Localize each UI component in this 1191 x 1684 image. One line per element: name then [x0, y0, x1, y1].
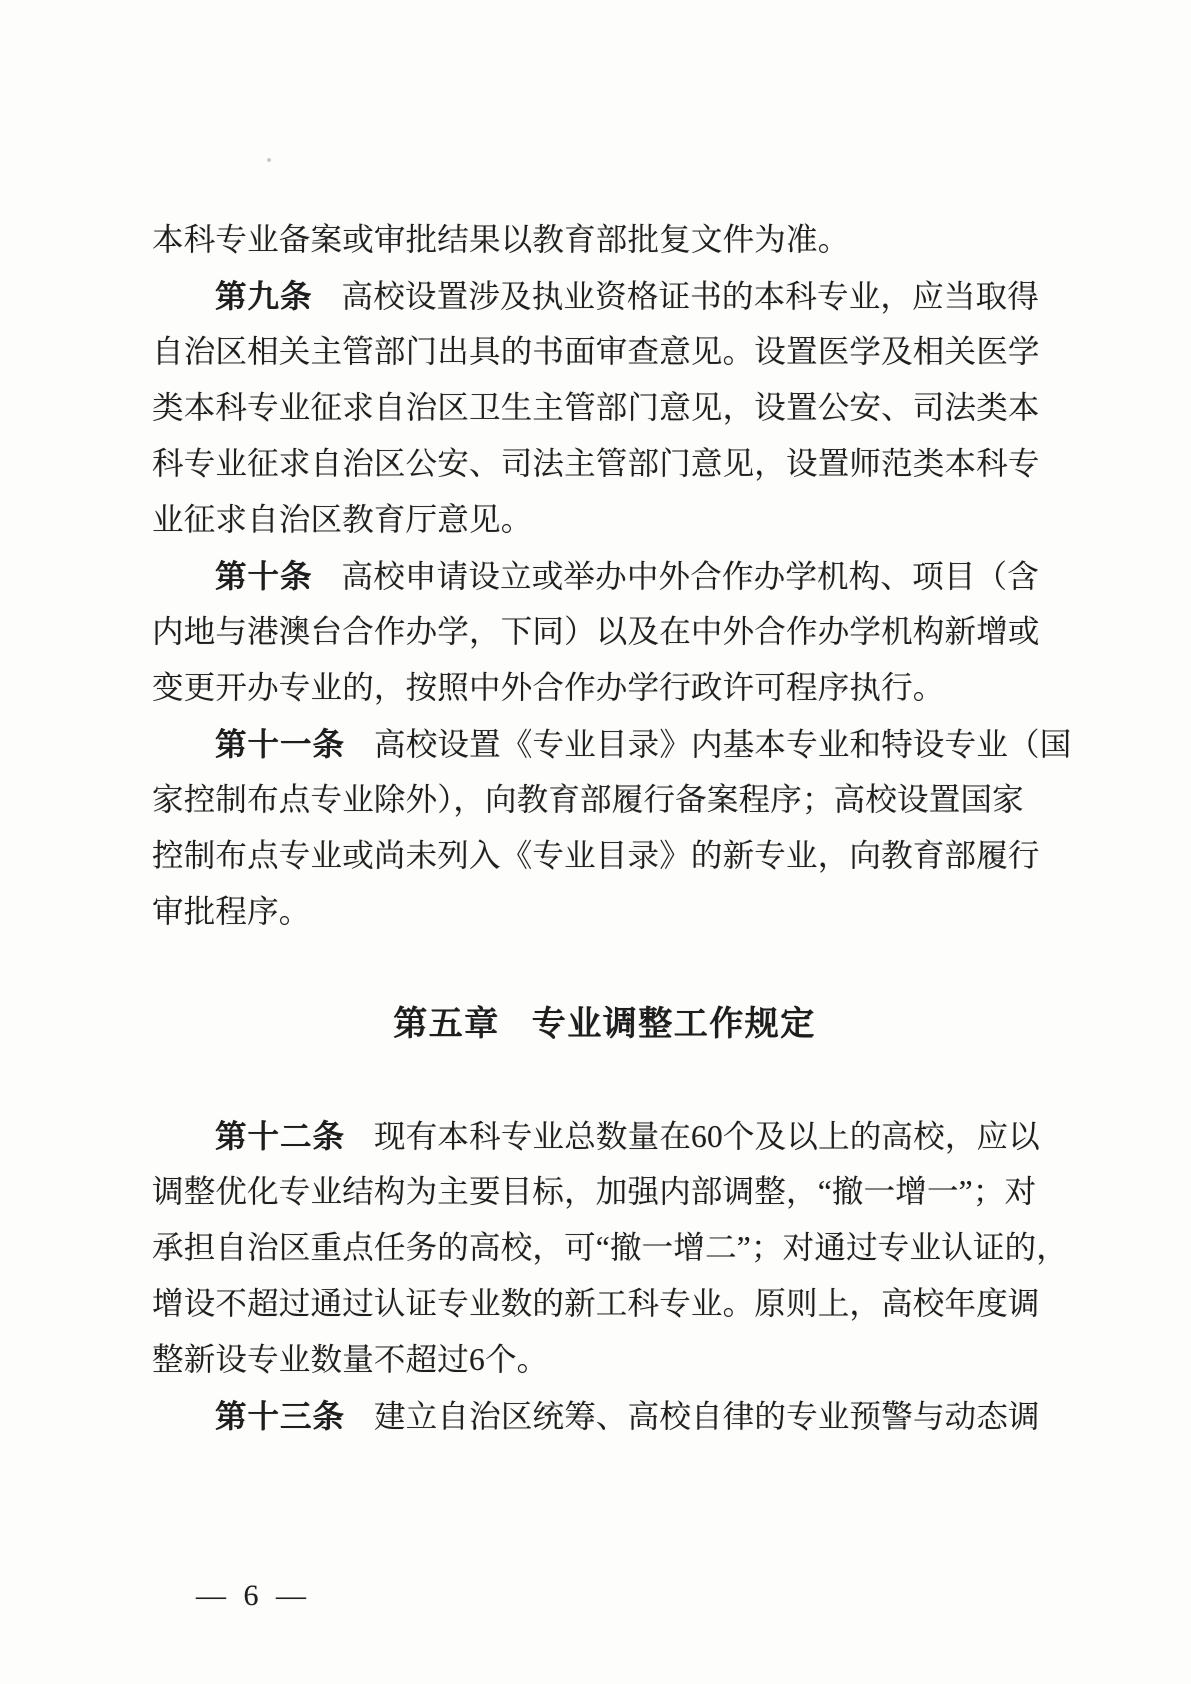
text-line: 内地与港澳台合作办学，下同）以及在中外合作办学机构新增或 — [152, 604, 1057, 660]
line-text: 变更开办专业的，按照中外合作办学行政许可程序执行。 — [152, 670, 945, 705]
article-number-label: 第十条 — [215, 558, 313, 594]
text-line: 自治区相关主管部门出具的书面审查意见。设置医学及相关医学 — [152, 324, 1057, 380]
paragraph-block-bottom: 第十二条现有本科专业总数量在60个及以上的高校，应以调整优化专业结构为主要目标，… — [152, 1108, 1057, 1444]
text-line: 科专业征求自治区公安、司法主管部门意见，设置师范类本科专 — [152, 436, 1057, 492]
line-text: 内地与港澳台合作办学，下同）以及在中外合作办学机构新增或 — [152, 614, 1040, 649]
line-text: 科专业征求自治区公安、司法主管部门意见，设置师范类本科专 — [152, 446, 1040, 481]
line-text: 自治区相关主管部门出具的书面审查意见。设置医学及相关医学 — [152, 334, 1040, 369]
text-line: 业征求自治区教育厅意见。 — [152, 492, 1057, 548]
text-line: 审批程序。 — [152, 884, 1057, 940]
line-text: 本科专业备案或审批结果以教育部批复文件为准。 — [152, 222, 849, 257]
paragraph-block-top: 本科专业备案或审批结果以教育部批复文件为准。第九条高校设置涉及执业资格证书的本科… — [152, 212, 1057, 940]
text-line: 变更开办专业的，按照中外合作办学行政许可程序执行。 — [152, 660, 1057, 716]
text-line: 整新设专业数量不超过6个。 — [152, 1332, 1057, 1388]
text-line: 第十条高校申请设立或举办中外合作办学机构、项目（含 — [152, 548, 1057, 604]
text-line: 家控制布点专业除外），向教育部履行备案程序；高校设置国家 — [152, 772, 1057, 828]
article-number-label: 第十一条 — [215, 726, 345, 762]
line-text: 高校设置《专业目录》内基本专业和特设专业（国 — [374, 727, 1071, 762]
line-text: 调整优化专业结构为主要目标，加强内部调整，“撤一增一”；对 — [152, 1174, 1036, 1209]
line-text: 家控制布点专业除外），向教育部履行备案程序；高校设置国家 — [152, 782, 1024, 817]
chapter-number: 第五章 — [393, 1005, 500, 1043]
line-text: 高校设置涉及执业资格证书的本科专业，应当取得 — [342, 279, 1039, 314]
document-page: 本科专业备案或审批结果以教育部批复文件为准。第九条高校设置涉及执业资格证书的本科… — [0, 0, 1191, 1684]
chapter-title: 专业调整工作规定 — [532, 1005, 816, 1043]
line-text: 业征求自治区教育厅意见。 — [152, 502, 532, 537]
document-body: 本科专业备案或审批结果以教育部批复文件为准。第九条高校设置涉及执业资格证书的本科… — [152, 212, 1057, 1444]
text-line: 第十三条建立自治区统筹、高校自律的专业预警与动态调 — [152, 1388, 1057, 1444]
line-text: 整新设专业数量不超过6个。 — [152, 1342, 548, 1377]
page-footer: — 6 — — [146, 1524, 311, 1572]
article-number-label: 第九条 — [215, 278, 313, 314]
article-number-label: 第十三条 — [215, 1398, 345, 1434]
text-line: 第十二条现有本科专业总数量在60个及以上的高校，应以 — [152, 1108, 1057, 1164]
page-number: — 6 — — [196, 1579, 311, 1612]
text-line: 本科专业备案或审批结果以教育部批复文件为准。 — [152, 212, 1057, 268]
line-text: 承担自治区重点任务的高校，可“撤一增二”；对通过专业认证的， — [152, 1230, 1068, 1265]
text-line: 调整优化专业结构为主要目标，加强内部调整，“撤一增一”；对 — [152, 1164, 1057, 1220]
scan-speck — [267, 158, 271, 162]
text-line: 控制布点专业或尚未列入《专业目录》的新专业，向教育部履行 — [152, 828, 1057, 884]
line-text: 增设不超过通过认证专业数的新工科专业。原则上，高校年度调 — [152, 1286, 1040, 1321]
text-line: 增设不超过通过认证专业数的新工科专业。原则上，高校年度调 — [152, 1276, 1057, 1332]
text-line: 第九条高校设置涉及执业资格证书的本科专业，应当取得 — [152, 268, 1057, 324]
chapter-heading: 第五章专业调整工作规定 — [152, 996, 1057, 1052]
text-line: 第十一条高校设置《专业目录》内基本专业和特设专业（国 — [152, 716, 1057, 772]
text-line: 承担自治区重点任务的高校，可“撤一增二”；对通过专业认证的， — [152, 1220, 1057, 1276]
line-text: 建立自治区统筹、高校自律的专业预警与动态调 — [374, 1399, 1040, 1434]
line-text: 高校申请设立或举办中外合作办学机构、项目（含 — [342, 559, 1039, 594]
line-text: 审批程序。 — [152, 894, 311, 929]
article-number-label: 第十二条 — [215, 1118, 345, 1154]
line-text: 控制布点专业或尚未列入《专业目录》的新专业，向教育部履行 — [152, 838, 1040, 873]
line-text: 类本科专业征求自治区卫生主管部门意见，设置公安、司法类本 — [152, 390, 1040, 425]
text-line: 类本科专业征求自治区卫生主管部门意见，设置公安、司法类本 — [152, 380, 1057, 436]
line-text: 现有本科专业总数量在60个及以上的高校，应以 — [374, 1119, 1040, 1154]
